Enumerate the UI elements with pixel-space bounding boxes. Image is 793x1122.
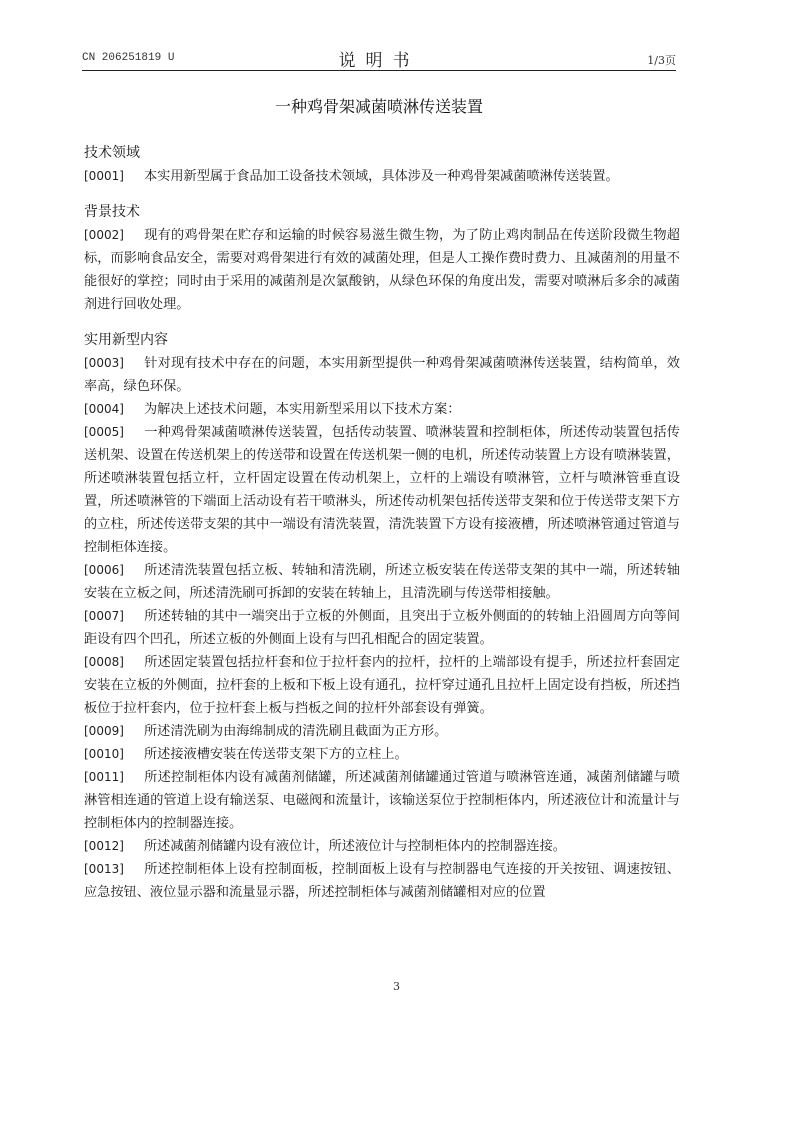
paragraph: [0006]所述清洗装置包括立板、转轴和清洗刷，所述立板安装在传送带支架的其中一… bbox=[84, 559, 680, 605]
paragraph-number: [0009] bbox=[84, 720, 144, 743]
paragraph: [0002]现有的鸡骨架在贮存和运输的时候容易滋生微生物，为了防止鸡肉制品在传送… bbox=[84, 224, 680, 316]
paragraph-number: [0011] bbox=[84, 766, 144, 789]
section-technical-field: 技术领域 [0001]本实用新型属于食品加工设备技术领域，具体涉及一种鸡骨架减菌… bbox=[84, 142, 680, 188]
section-summary: 实用新型内容 [0003]针对现有技术中存在的问题，本实用新型提供一种鸡骨架减菌… bbox=[84, 329, 680, 904]
paragraph-number: [0002] bbox=[84, 224, 144, 247]
paragraph: [0005]一种鸡骨架减菌喷淋传送装置，包括传动装置、喷淋装置和控制柜体，所述传… bbox=[84, 421, 680, 559]
paragraph-number: [0010] bbox=[84, 743, 144, 766]
page-indicator: 1/3页 bbox=[647, 52, 676, 68]
paragraph-text: 所述接液槽安装在传送带支架下方的立柱上。 bbox=[144, 747, 408, 762]
page-number: 3 bbox=[0, 980, 793, 993]
paragraph-text: 所述转轴的其中一端突出于立板的外侧面，且突出于立板外侧面的的转轴上沿圆周方向等间… bbox=[84, 609, 680, 647]
header-rule bbox=[82, 70, 676, 71]
paragraph-number: [0006] bbox=[84, 559, 144, 582]
paragraph: [0001]本实用新型属于食品加工设备技术领域，具体涉及一种鸡骨架减菌喷淋传送装… bbox=[84, 165, 680, 188]
section-heading: 技术领域 bbox=[84, 142, 680, 165]
paragraph: [0013]所述控制柜体上设有控制面板，控制面板上设有与控制器电气连接的开关按钮… bbox=[84, 858, 680, 904]
paragraph: [0008]所述固定装置包括拉杆套和位于拉杆套内的拉杆，拉杆的上端部设有提手，所… bbox=[84, 651, 680, 720]
document-title: 一种鸡骨架减菌喷淋传送装置 bbox=[82, 94, 676, 117]
paragraph-number: [0001] bbox=[84, 165, 144, 188]
document-type: 说明书 bbox=[82, 46, 676, 71]
paragraph-number: [0012] bbox=[84, 835, 144, 858]
paragraph: [0011]所述控制柜体内设有减菌剂储罐，所述减菌剂储罐通过管道与喷淋管连通，减… bbox=[84, 766, 680, 835]
paragraph: [0003]针对现有技术中存在的问题，本实用新型提供一种鸡骨架减菌喷淋传送装置，… bbox=[84, 352, 680, 398]
section-heading: 实用新型内容 bbox=[84, 329, 680, 352]
paragraph-text: 针对现有技术中存在的问题，本实用新型提供一种鸡骨架减菌喷淋传送装置，结构简单，效… bbox=[84, 356, 680, 394]
paragraph: [0007]所述转轴的其中一端突出于立板的外侧面，且突出于立板外侧面的的转轴上沿… bbox=[84, 605, 680, 651]
paragraph-number: [0005] bbox=[84, 421, 144, 444]
section-background: 背景技术 [0002]现有的鸡骨架在贮存和运输的时候容易滋生微生物，为了防止鸡肉… bbox=[84, 201, 680, 316]
paragraph-text: 所述减菌剂储罐内设有液位计，所述液位计与控制柜体内的控制器连接。 bbox=[144, 839, 566, 854]
paragraph-text: 本实用新型属于食品加工设备技术领域，具体涉及一种鸡骨架减菌喷淋传送装置。 bbox=[144, 169, 619, 184]
paragraph-number: [0008] bbox=[84, 651, 144, 674]
paragraph: [0010]所述接液槽安装在传送带支架下方的立柱上。 bbox=[84, 743, 680, 766]
paragraph-text: 为解决上述技术问题，本实用新型采用以下技术方案： bbox=[144, 402, 461, 417]
paragraph-text: 现有的鸡骨架在贮存和运输的时候容易滋生微生物，为了防止鸡肉制品在传送阶段微生物超… bbox=[84, 228, 680, 312]
paragraph: [0009]所述清洗刷为由海绵制成的清洗刷且截面为正方形。 bbox=[84, 720, 680, 743]
document-body: 技术领域 [0001]本实用新型属于食品加工设备技术领域，具体涉及一种鸡骨架减菌… bbox=[84, 142, 680, 904]
paragraph: [0012]所述减菌剂储罐内设有液位计，所述液位计与控制柜体内的控制器连接。 bbox=[84, 835, 680, 858]
paragraph-text: 所述清洗装置包括立板、转轴和清洗刷，所述立板安装在传送带支架的其中一端，所述转轴… bbox=[84, 563, 680, 601]
paragraph-text: 所述清洗刷为由海绵制成的清洗刷且截面为正方形。 bbox=[144, 724, 447, 739]
paragraph-text: 所述固定装置包括拉杆套和位于拉杆套内的拉杆，拉杆的上端部设有提手，所述拉杆套固定… bbox=[84, 655, 680, 716]
paragraph-number: [0004] bbox=[84, 398, 144, 421]
paragraph-number: [0003] bbox=[84, 352, 144, 375]
paragraph-text: 一种鸡骨架减菌喷淋传送装置，包括传动装置、喷淋装置和控制柜体，所述传动装置包括传… bbox=[84, 425, 680, 555]
paragraph-number: [0013] bbox=[84, 858, 144, 881]
section-heading: 背景技术 bbox=[84, 201, 680, 224]
page-header: CN 206251819 U 说明书 1/3页 bbox=[82, 46, 676, 70]
paragraph-text: 所述控制柜体内设有减菌剂储罐，所述减菌剂储罐通过管道与喷淋管连通，减菌剂储罐与喷… bbox=[84, 770, 680, 831]
paragraph-text: 所述控制柜体上设有控制面板，控制面板上设有与控制器电气连接的开关按钮、调速按钮、… bbox=[84, 862, 680, 900]
paragraph: [0004]为解决上述技术问题，本实用新型采用以下技术方案： bbox=[84, 398, 680, 421]
paragraph-number: [0007] bbox=[84, 605, 144, 628]
